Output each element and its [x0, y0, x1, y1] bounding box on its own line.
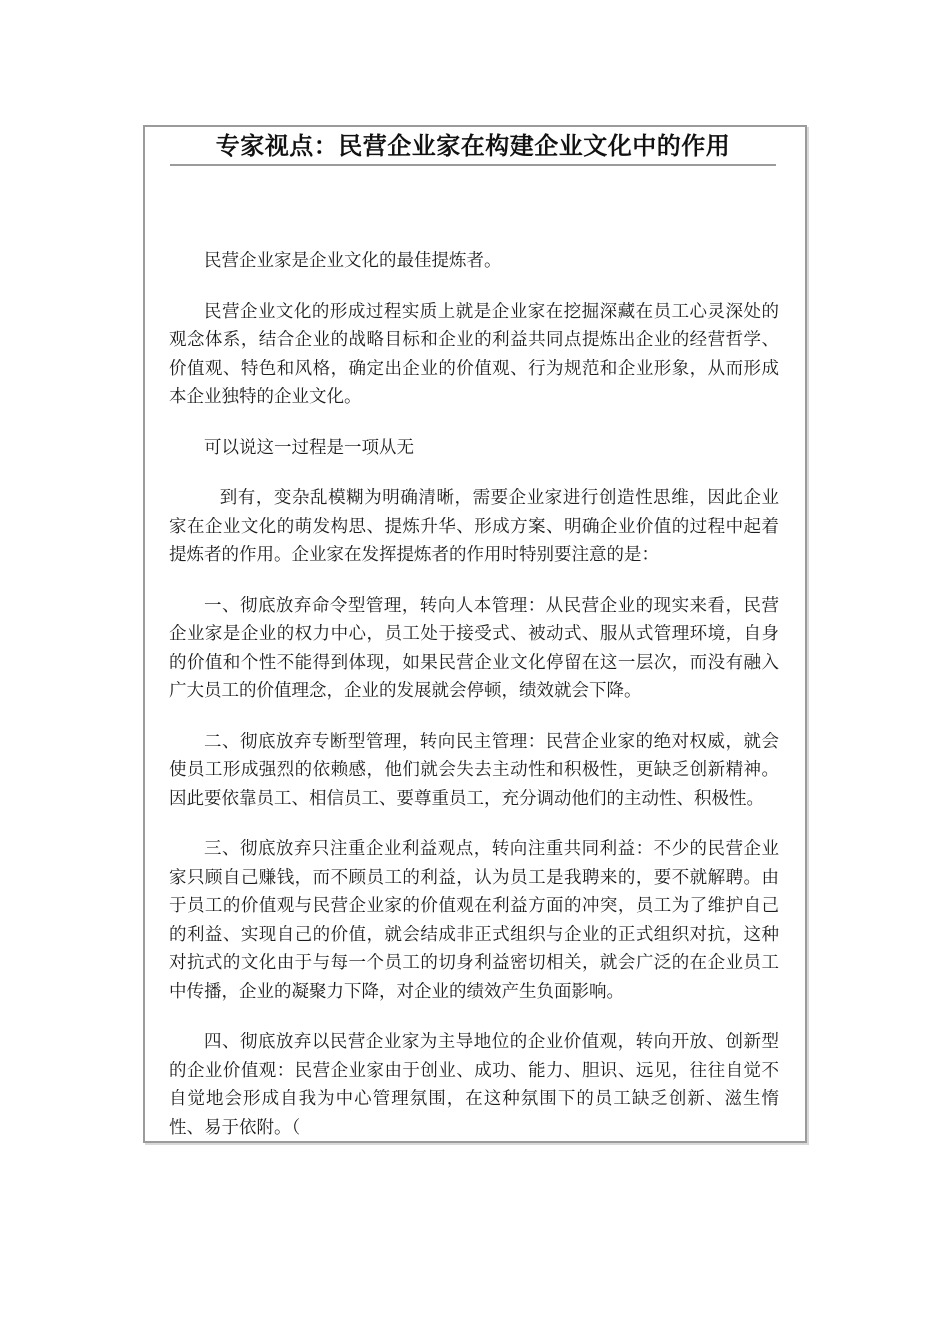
document-title: 专家视点：民营企业家在构建企业文化中的作用: [170, 133, 776, 161]
paragraph-point-2: 二、彻底放弃专断型管理，转向民主管理：民营企业家的绝对权威，就会使员工形成强烈的…: [169, 727, 779, 813]
document-body: 民营企业家是企业文化的最佳提炼者。 民营企业文化的形成过程实质上就是企业家在挖掘…: [145, 166, 805, 1141]
document-page: 专家视点：民营企业家在构建企业文化中的作用 民营企业家是企业文化的最佳提炼者。 …: [0, 0, 950, 1344]
paragraph-from-nothing: 可以说这一过程是一项从无: [169, 433, 779, 462]
title-underline: 专家视点：民营企业家在构建企业文化中的作用: [170, 133, 776, 166]
paragraph-formation-process: 民营企业文化的形成过程实质上就是企业家在挖掘深藏在员工心灵深处的观念体系，结合企…: [169, 297, 779, 411]
paragraph-point-3: 三、彻底放弃只注重企业利益观点，转向注重共同利益：不少的民营企业家只顾自己赚钱，…: [169, 834, 779, 1005]
paragraph-to-something: 到有，变杂乱模糊为明确清晰，需要企业家进行创造性思维，因此企业家在企业文化的萌发…: [169, 483, 779, 569]
paragraph-intro: 民营企业家是企业文化的最佳提炼者。: [169, 246, 779, 275]
paragraph-point-1: 一、彻底放弃命令型管理，转向人本管理：从民营企业的现实来看，民营企业家是企业的权…: [169, 591, 779, 705]
document-border-box: 专家视点：民营企业家在构建企业文化中的作用 民营企业家是企业文化的最佳提炼者。 …: [143, 125, 807, 1143]
paragraph-point-4: 四、彻底放弃以民营企业家为主导地位的企业价值观，转向开放、创新型的企业价值观：民…: [169, 1027, 779, 1141]
